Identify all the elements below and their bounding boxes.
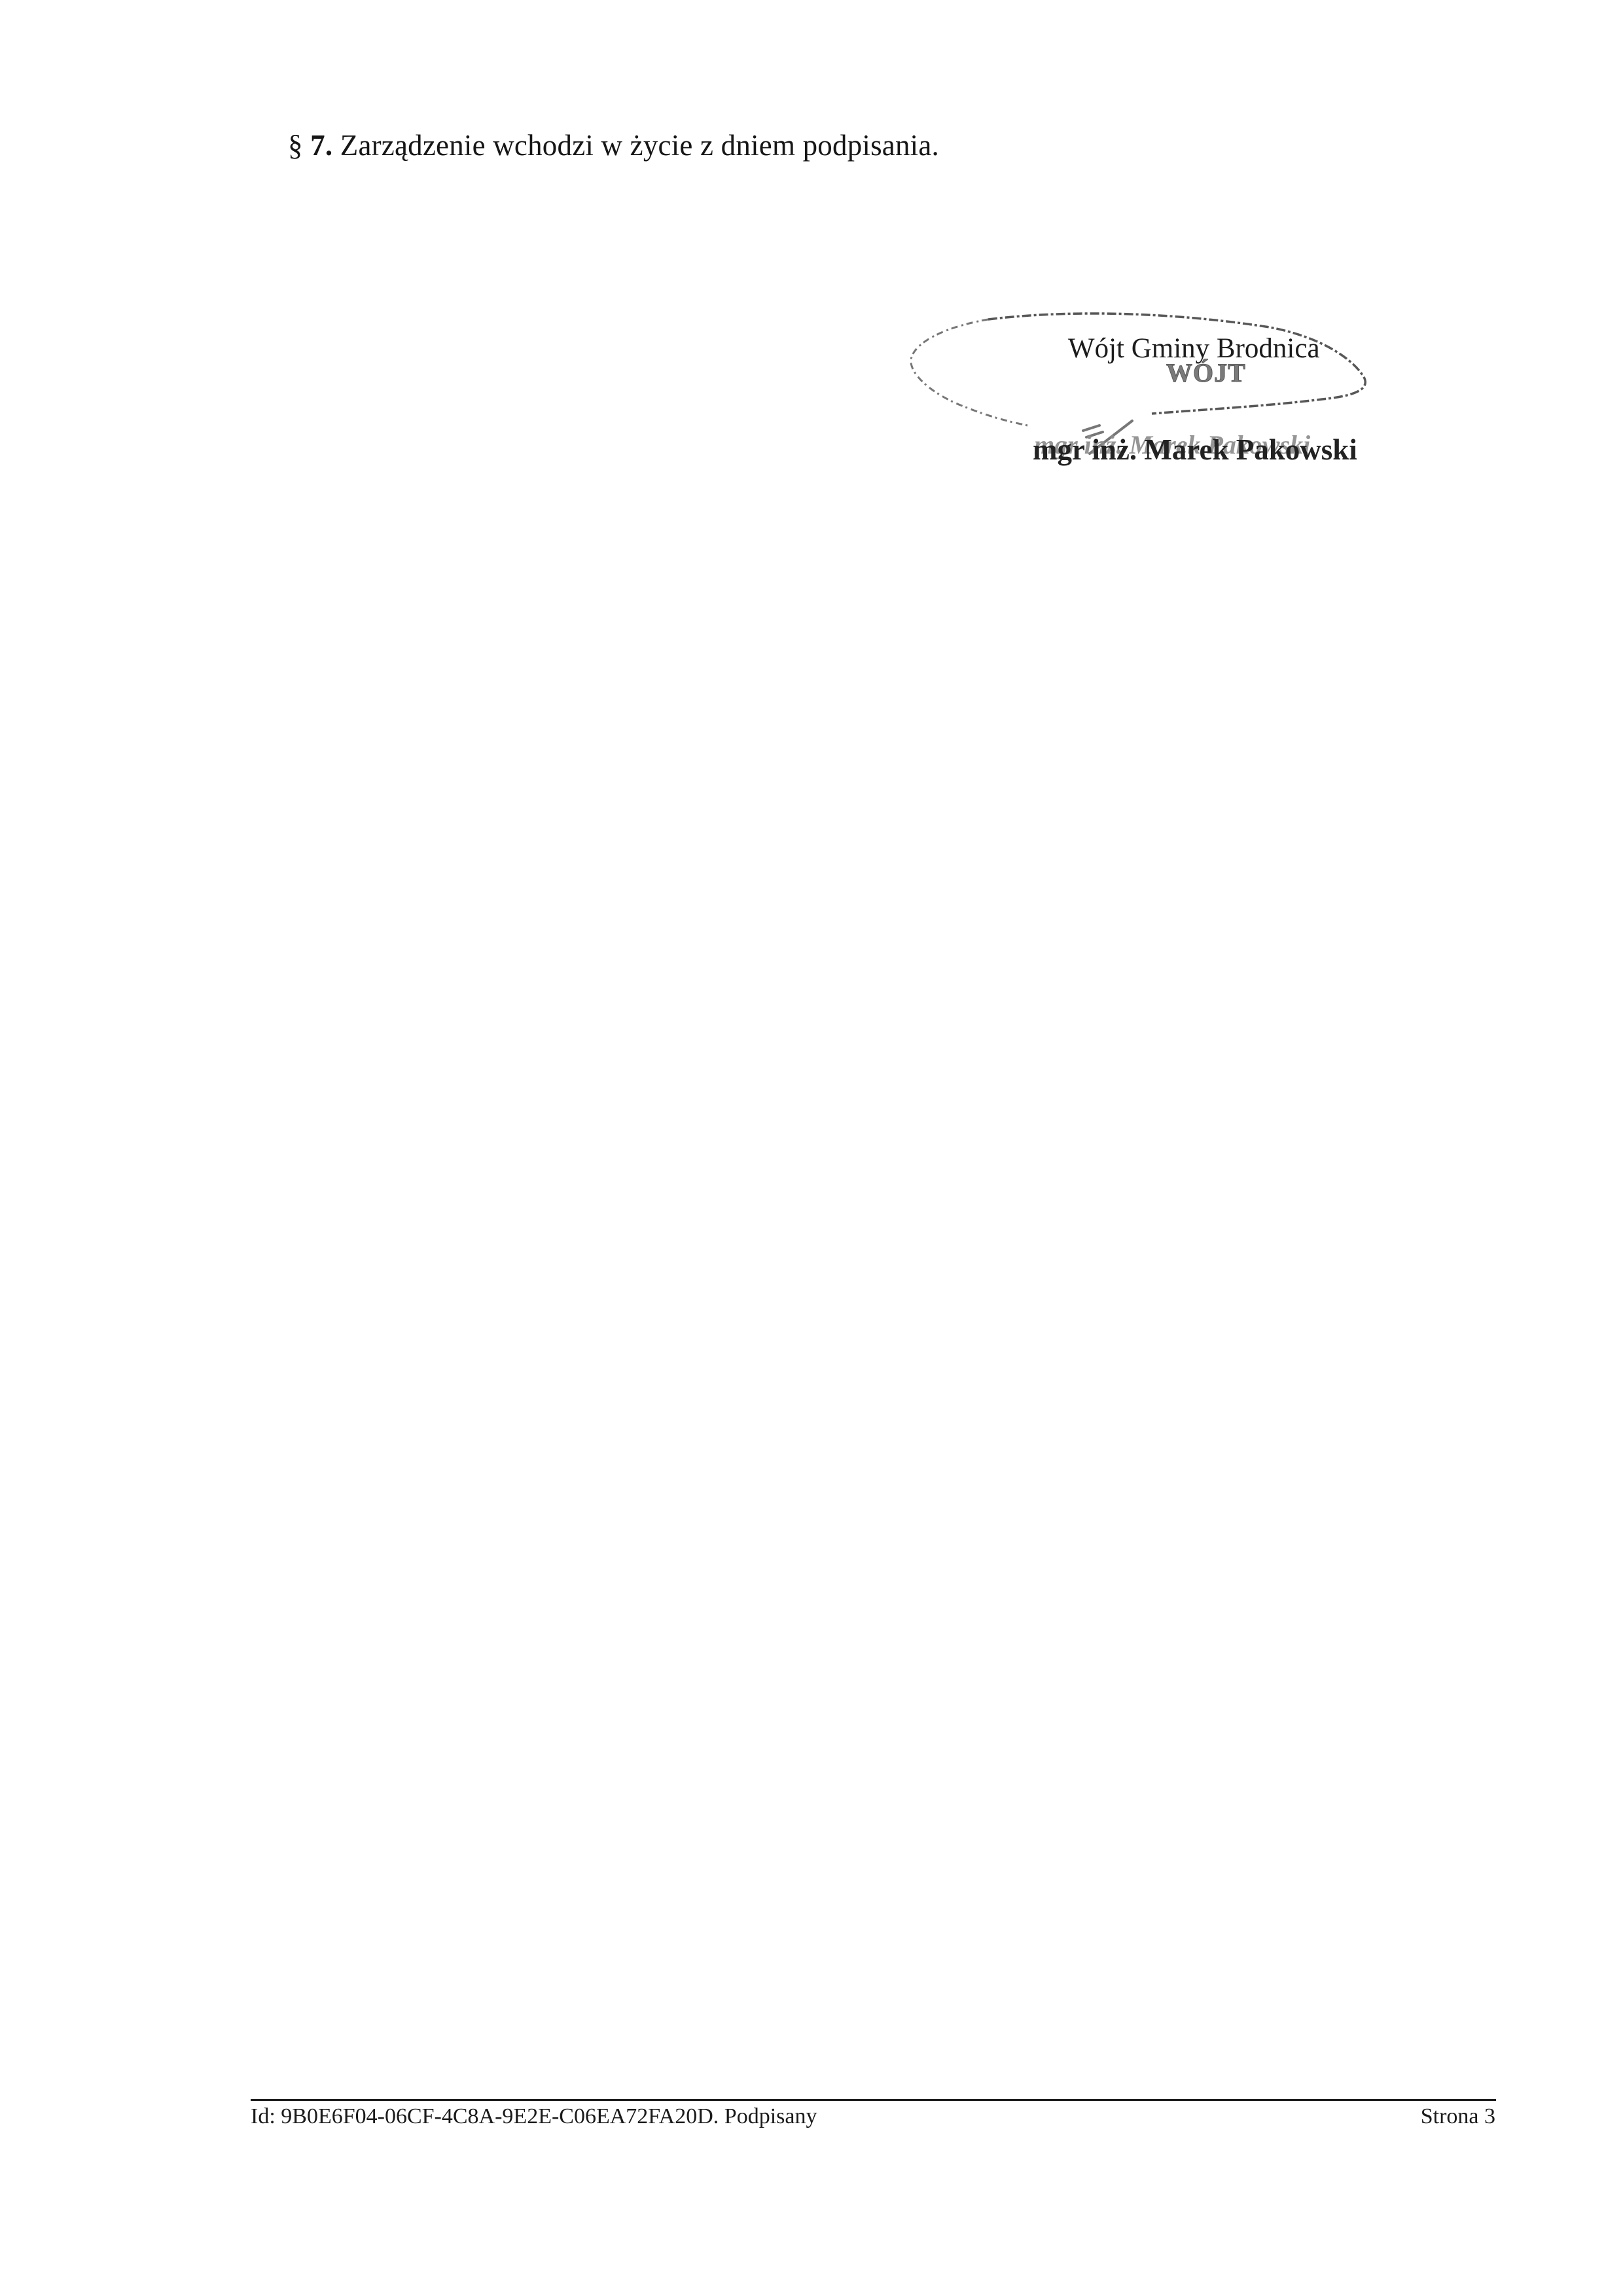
document-page: § 7. Zarządzenie wchodzi w życie z dniem…: [0, 0, 1623, 2296]
signatory-name: mgr inż. Marek Pakowski: [1033, 433, 1357, 466]
section-text: Zarządzenie wchodzi w życie z dniem podp…: [340, 129, 939, 162]
footer-page-number: Strona 3: [1421, 2102, 1495, 2131]
signature-block: Wójt Gminy Brodnica WÓJT mgr inż. Marek …: [903, 308, 1400, 478]
footer-status: Podpisany: [724, 2104, 817, 2128]
footer-id-value: 9B0E6F04-06CF-4C8A-9E2E-C06EA72FA20D.: [281, 2104, 719, 2128]
footer-document-id: Id: 9B0E6F04-06CF-4C8A-9E2E-C06EA72FA20D…: [251, 2102, 817, 2131]
footer-id-label: Id:: [251, 2104, 276, 2128]
stamp-role: WÓJT: [1166, 359, 1246, 387]
section-symbol: §: [288, 129, 303, 162]
paragraph-7: § 7. Zarządzenie wchodzi w życie z dniem…: [288, 126, 939, 165]
section-number: 7.: [310, 129, 332, 162]
footer-divider: [251, 2099, 1496, 2101]
